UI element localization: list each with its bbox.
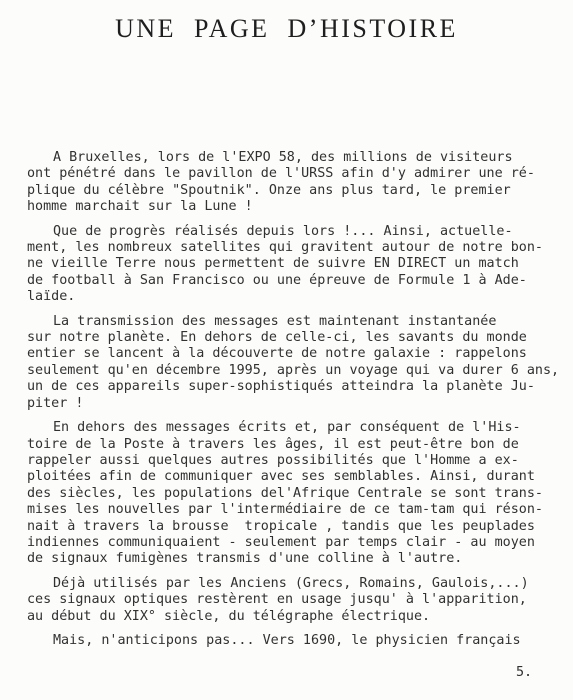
- text-line: ces signaux optiques restèrent en usage …: [27, 592, 563, 608]
- text-line: plique du célèbre "Spoutnik". Onze ans p…: [27, 183, 563, 199]
- text-line: seulement qu'en décembre 1995, après un …: [27, 363, 563, 379]
- text-line: homme marchait sur la Lune !: [27, 199, 563, 215]
- text-line: laïde.: [27, 289, 563, 305]
- paragraph: A Bruxelles, lors de l'EXPO 58, des mill…: [27, 150, 563, 216]
- text-line: mises les nouvelles par l'intermédiaire …: [27, 502, 563, 518]
- text-line: sur notre planète. En dehors de celle-ci…: [27, 330, 563, 346]
- text-line: ne vieille Terre nous permettent de suiv…: [27, 256, 563, 272]
- page-title: UNE PAGE D’HISTOIRE: [0, 14, 573, 44]
- text-line: En dehors des messages écrits et, par co…: [27, 420, 563, 436]
- text-line: de football à San Francisco ou une épreu…: [27, 273, 563, 289]
- text-line: La transmission des messages est mainten…: [27, 314, 563, 330]
- document-page: UNE PAGE D’HISTOIRE A Bruxelles, lors de…: [0, 0, 573, 700]
- text-line: A Bruxelles, lors de l'EXPO 58, des mill…: [27, 150, 563, 166]
- text-line: ment, les nombreux satellites qui gravit…: [27, 240, 563, 256]
- text-line: de signaux fumigènes transmis d'une coll…: [27, 551, 563, 567]
- text-line: rappeler aussi quelques autres possibili…: [27, 453, 563, 469]
- paragraph: En dehors des messages écrits et, par co…: [27, 420, 563, 568]
- text-line: des siècles, les populations del'Afrique…: [27, 486, 563, 502]
- page-number: 5.: [516, 665, 532, 680]
- text-line: toire de la Poste à travers les âges, il…: [27, 437, 563, 453]
- paragraph: Mais, n'anticipons pas... Vers 1690, le …: [27, 633, 563, 649]
- text-line: Déjà utilisés par les Anciens (Grecs, Ro…: [27, 576, 563, 592]
- paragraph: La transmission des messages est mainten…: [27, 314, 563, 412]
- text-line: au début du XIX° siècle, du télégraphe é…: [27, 609, 563, 625]
- text-line: Que de progrès réalisés depuis lors !...…: [27, 224, 563, 240]
- paragraph: Déjà utilisés par les Anciens (Grecs, Ro…: [27, 576, 563, 625]
- text-line: piter !: [27, 396, 563, 412]
- text-line: Mais, n'anticipons pas... Vers 1690, le …: [27, 633, 563, 649]
- text-line: ont pénétré dans le pavillon de l'URSS a…: [27, 166, 563, 182]
- body-text: A Bruxelles, lors de l'EXPO 58, des mill…: [27, 150, 563, 657]
- text-line: indiennes communiquaient - seulement par…: [27, 535, 563, 551]
- text-line: ploitées afin de communiquer avec ses se…: [27, 469, 563, 485]
- text-line: nait à travers la brousse tropicale , ta…: [27, 519, 563, 535]
- text-line: entier se lancent à la découverte de not…: [27, 346, 563, 362]
- paragraph: Que de progrès réalisés depuis lors !...…: [27, 224, 563, 306]
- text-line: un de ces appareils super-sophistiqués a…: [27, 379, 563, 395]
